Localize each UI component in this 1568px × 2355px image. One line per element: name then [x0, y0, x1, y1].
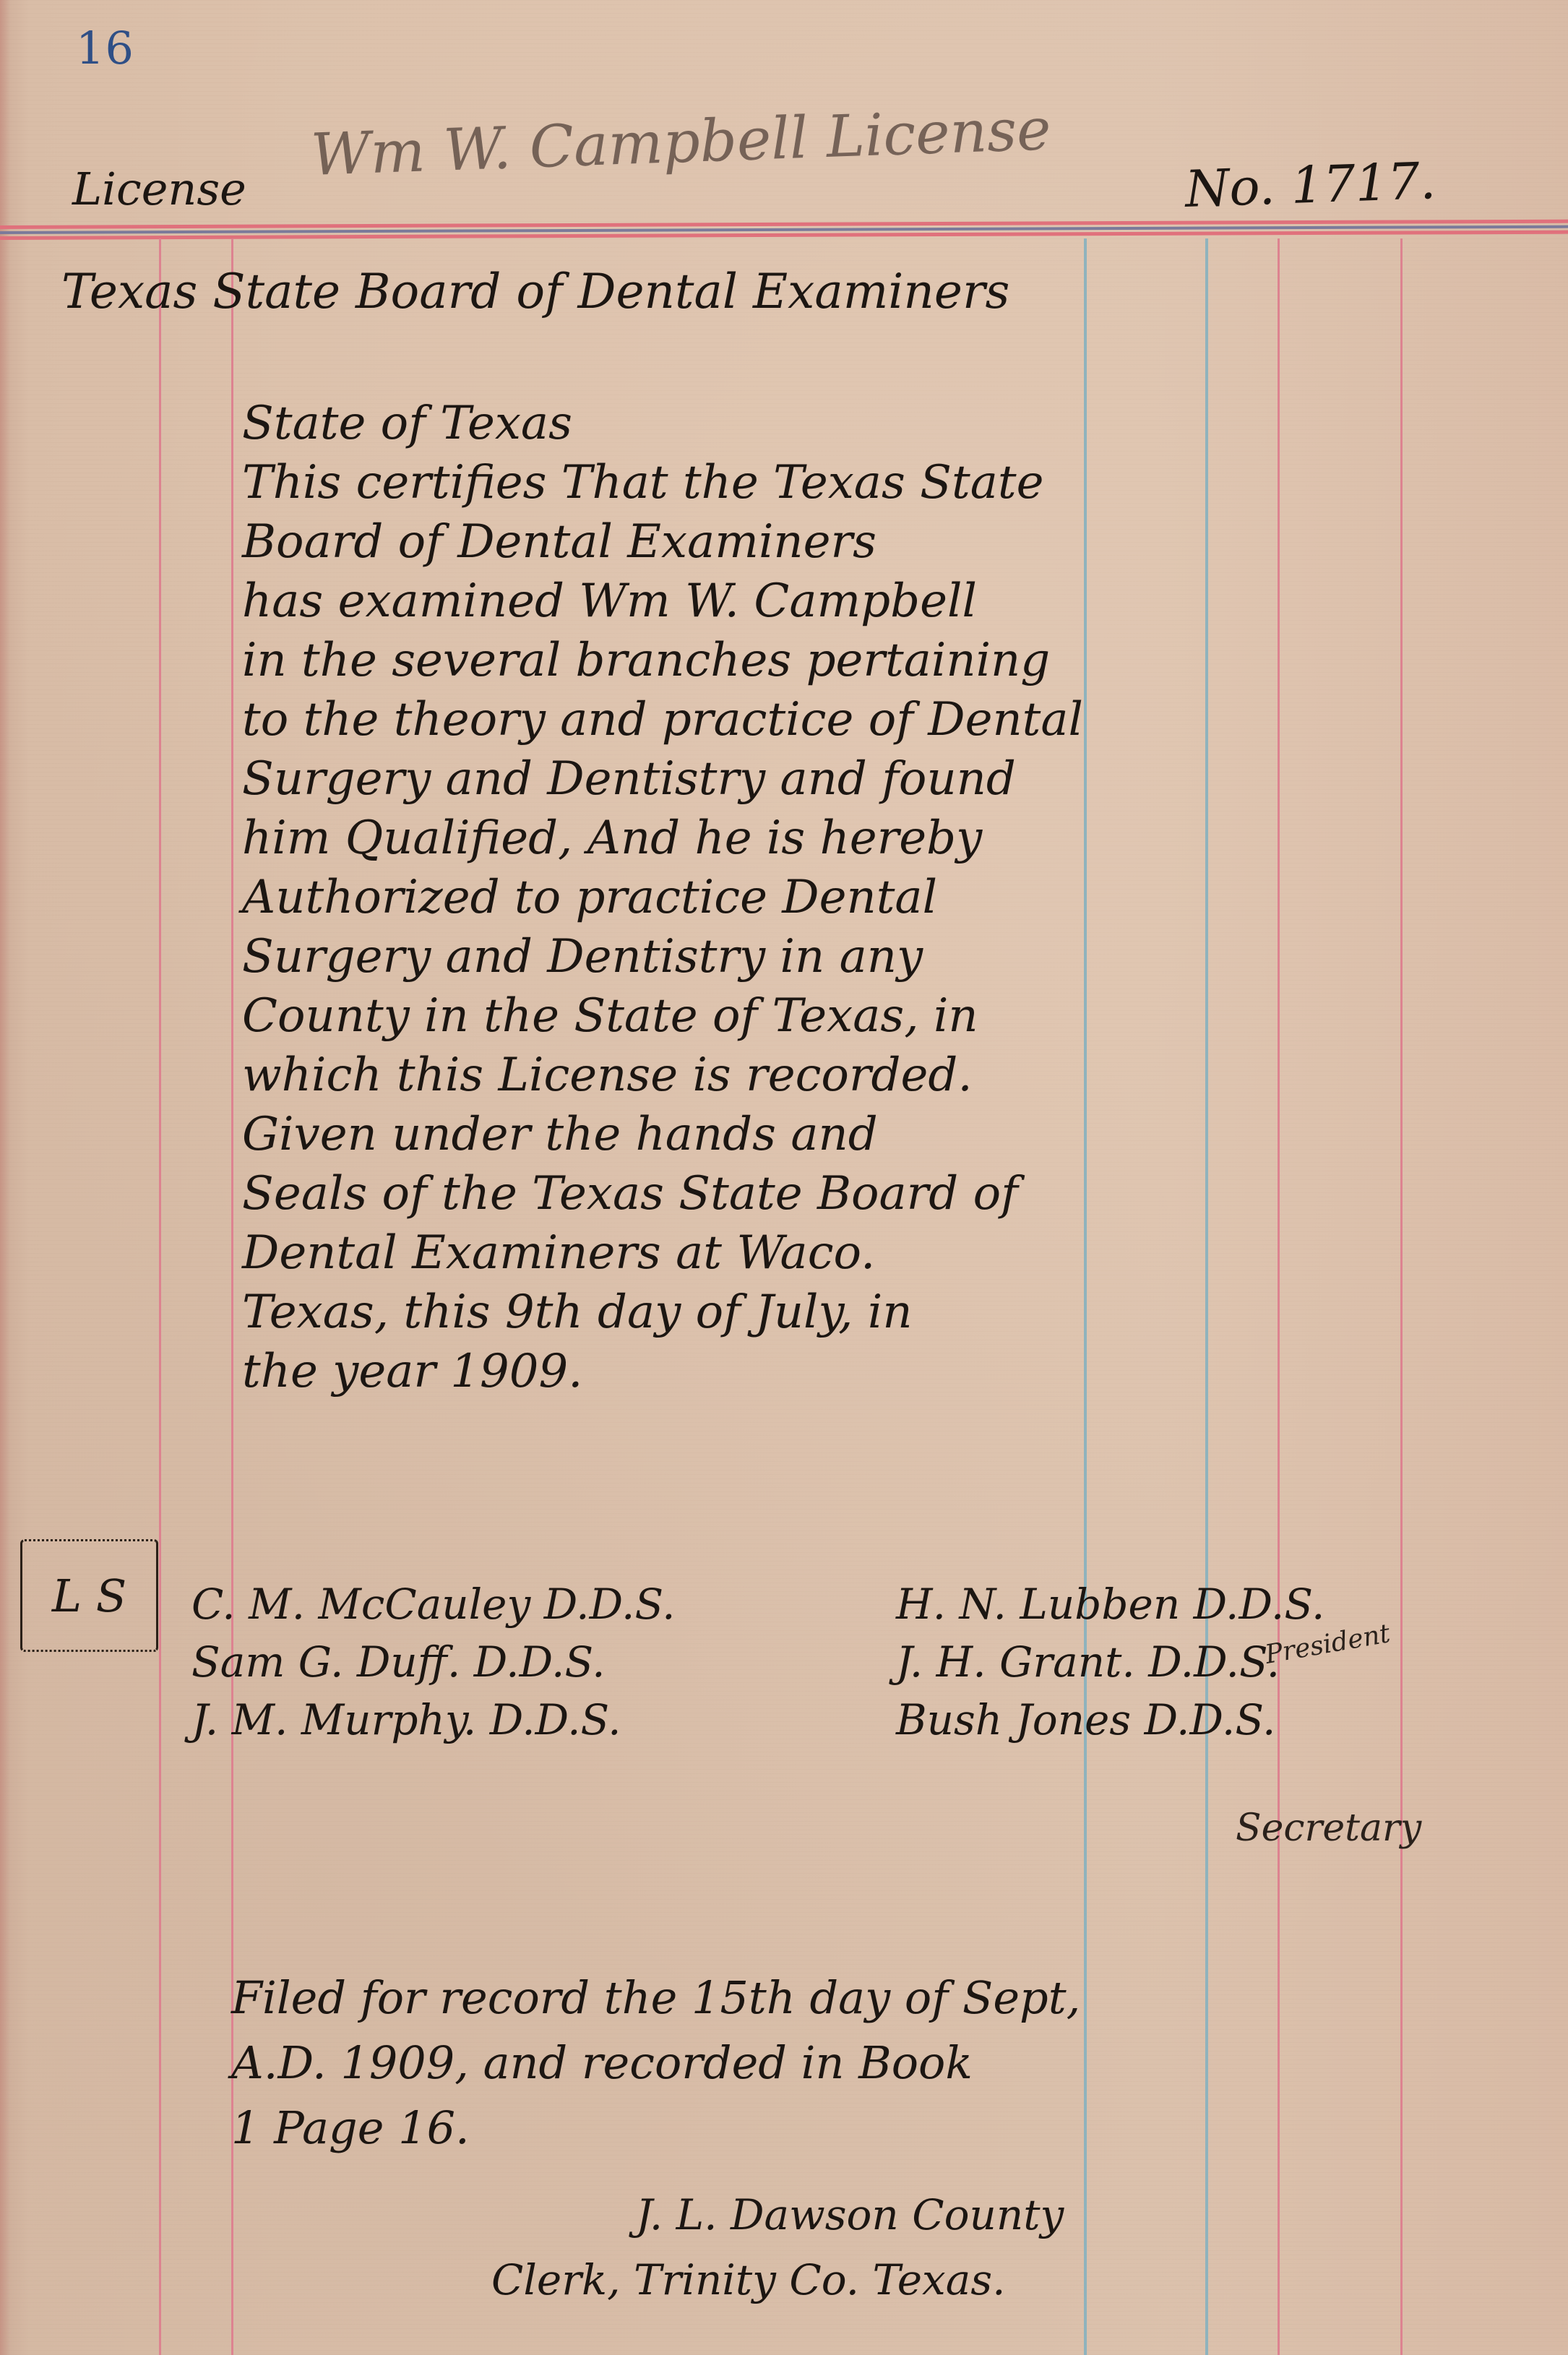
clerk-line: J. L. Dawson County — [636, 2182, 1064, 2247]
certificate-body: State of Texas This certifies That the T… — [242, 394, 1543, 1401]
body-line: Dental Examiners at Waco. — [242, 1223, 1543, 1283]
signature: C. M. McCauley D.D.S. — [191, 1575, 676, 1633]
body-line: Surgery and Dentistry and found — [242, 749, 1543, 809]
clerk-signature: J. L. Dawson County Clerk, Trinity Co. T… — [491, 2182, 1064, 2312]
body-line: This certifies That the Texas State — [242, 453, 1543, 512]
body-line: State of Texas — [242, 394, 1543, 453]
filing-line: Filed for record the 15th day of Sept, — [231, 1966, 1080, 2031]
signatures-right: H. N. Lubben D.D.S. J. H. Grant. D.D.S. … — [896, 1575, 1324, 1749]
body-line: has examined Wm W. Campbell — [242, 572, 1543, 631]
body-line: him Qualified, And he is hereby — [242, 809, 1543, 868]
signature: J. H. Grant. D.D.S. — [896, 1633, 1324, 1691]
board-title: Texas State Board of Dental Examiners — [61, 264, 1009, 319]
body-line: in the several branches pertaining — [242, 631, 1543, 690]
filing-record: Filed for record the 15th day of Sept, A… — [231, 1966, 1080, 2161]
header-license-label: License — [72, 163, 246, 215]
body-line: the year 1909. — [242, 1342, 1543, 1401]
body-line: Board of Dental Examiners — [242, 512, 1543, 572]
filing-line: A.D. 1909, and recorded in Book — [231, 2031, 1080, 2096]
page-number: 16 — [76, 22, 134, 74]
body-line: which this License is recorded. — [242, 1046, 1543, 1105]
signature: Sam G. Duff. D.D.S. — [191, 1633, 676, 1691]
signature: H. N. Lubben D.D.S. — [896, 1575, 1324, 1633]
body-line: Given under the hands and — [242, 1105, 1543, 1164]
seal-label: L S — [52, 1570, 126, 1622]
body-line: to the theory and practice of Dental — [242, 690, 1543, 749]
body-line: County in the State of Texas, in — [242, 986, 1543, 1046]
body-line: Seals of the Texas State Board of — [242, 1164, 1543, 1223]
body-line: Surgery and Dentistry in any — [242, 927, 1543, 986]
page-edge-shadow — [0, 0, 10, 2355]
signature: Bush Jones D.D.S. — [896, 1691, 1324, 1749]
margin-line-red-1 — [159, 238, 161, 2355]
secretary-title: Secretary — [1236, 1807, 1421, 1850]
signature: J. M. Murphy. D.D.S. — [191, 1691, 676, 1749]
clerk-line: Clerk, Trinity Co. Texas. — [491, 2247, 1064, 2312]
filing-line: 1 Page 16. — [231, 2096, 1080, 2161]
seal-box: L S — [20, 1539, 158, 1652]
signatures-left: C. M. McCauley D.D.S. Sam G. Duff. D.D.S… — [191, 1575, 676, 1749]
body-line: Authorized to practice Dental — [242, 868, 1543, 927]
header-license-number: No. 1717. — [1184, 151, 1437, 219]
body-line: Texas, this 9th day of July, in — [242, 1283, 1543, 1342]
